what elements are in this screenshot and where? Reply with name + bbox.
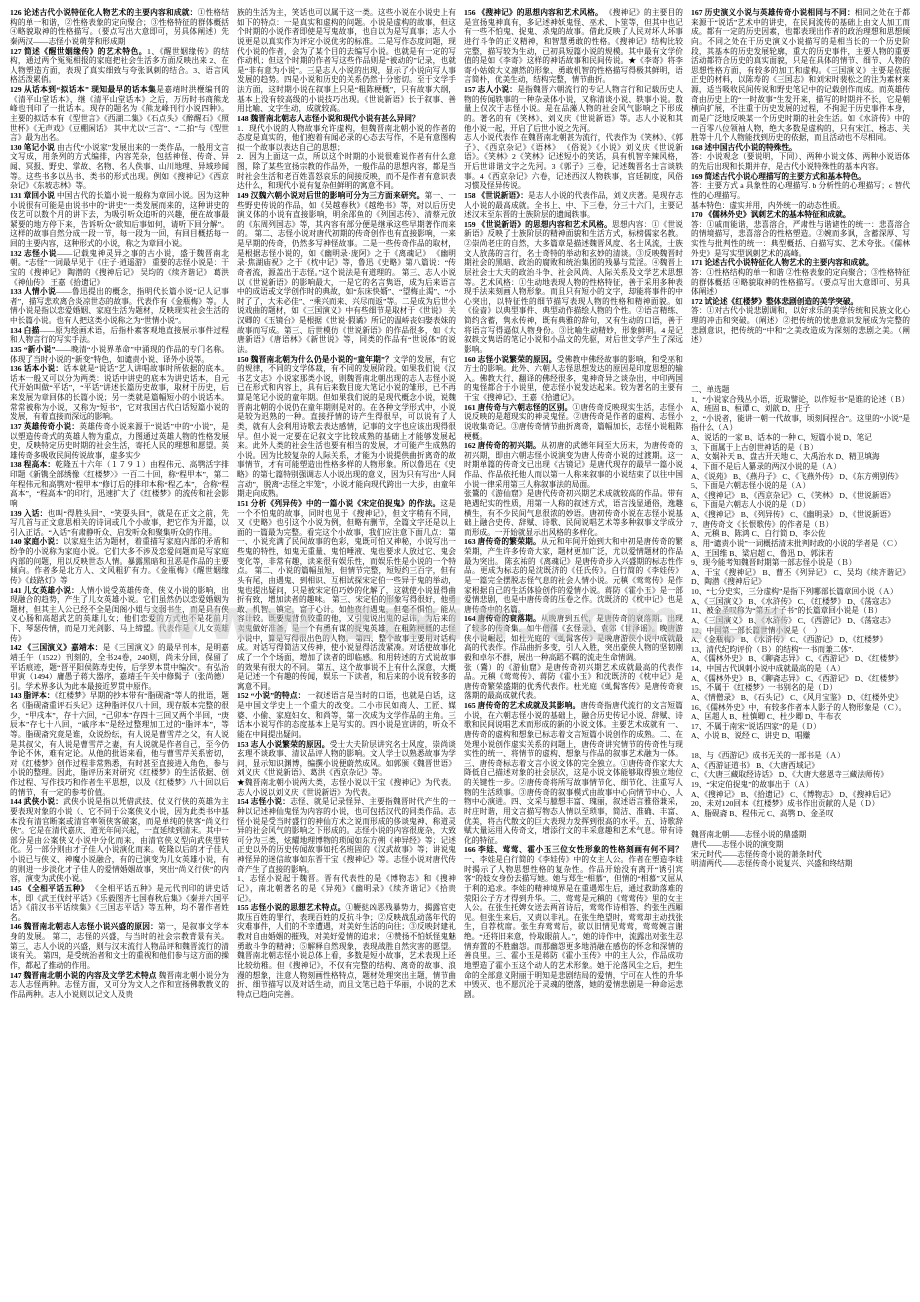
item-heading: 146 魏晋南北朝志人志怪小说兴盛的原因： — [10, 922, 158, 931]
item-heading: 144 武侠小说： — [10, 797, 63, 806]
text-block: 172 试论述《红楼梦》整体悲剧创造的美学突破。 — [691, 297, 910, 307]
text-block: 132 志怪小说——记载鬼神灵异之事的古小说，盛于魏晋南北朝。“志怪”一词最早见… — [10, 249, 229, 288]
text-block: 136 话本小说：话本就是“说话”艺人讲唱故事时所依据的底本。话本一般又可以分为… — [10, 364, 229, 422]
text-block: A、元稹 B、陈鸿 C、白行简 D、李公佐 — [691, 529, 910, 539]
text-block: 答：①对古代小说悲剧调和，以好求乐的美学传统和民族文化心理的冲击和突破。（阐述）… — [691, 306, 910, 345]
spacer — [691, 741, 910, 751]
text-block: 165 唐传奇的艺术成就及其影响。唐传奇指唐代流行的文言短篇小说，在六朝志怪小说… — [464, 701, 683, 845]
text-block: 3、下面属于上古创世神话的是（Ｂ） — [691, 443, 910, 453]
item-heading: 160 志怪小说繁荣的原因。 — [464, 355, 557, 364]
text-block: 4、下面不是后人纂录的两汉小说的是（Ａ） — [691, 462, 910, 472]
text-block: 134 白描——原为绘画术语，后指朴素客观地直接展示事件过程和人物言行的写实手法… — [10, 326, 229, 345]
text-block: 137 英雄传奇小说：英雄传奇小说来源于“说话”中的“小说”，是以塑造传奇式的英… — [10, 422, 229, 461]
text-block: A、《金瓶梅》 B、《水浒传》 C、《西游记》 D、《红楼梦》 — [691, 635, 910, 645]
text-block: 171 论述古代小说特征化人物艺术的主要内容和成就。 — [691, 258, 910, 268]
text-block: A、《搜神记》 B、《列异传》 C、《幽明录》 D、《世说新语》 — [691, 510, 910, 520]
item-heading: 157 志人小说： — [464, 85, 517, 94]
text-block: A、说话的一家 B、话本的一种 C、短篇小说 D、笔记 — [691, 433, 910, 443]
item-heading: 165 唐传奇的艺术成就及其影响。 — [464, 701, 580, 710]
text-block: 答：小说观念（要说明，下同）、两种小说文体、两种小说语体的先后出现和长期并存，是… — [691, 152, 910, 171]
text-block: 168 述中国古代小说的特殊性。 — [691, 143, 910, 153]
text-block: 160 志怪小说繁荣的原因。受佛教中佛经故事的影响，和受巫和方士的影响。此外、六… — [464, 355, 683, 403]
item-heading: 168 述中国古代小说的特殊性。 — [691, 143, 797, 152]
text-block: 14、中国古代讽刺小说中成就最高的是（Ａ） — [691, 664, 910, 674]
text-block: 170 《儒林外史》讽刺艺术的基本特征和成就。 — [691, 210, 910, 220]
text-block: 161 唐传奇与六朝志怪的区别。①唐传奇反映现实生活，志怪小说反映的是超现实的神… — [464, 403, 683, 442]
text-block: 答：①戚而能谐，悲喜溶合，严肃性与谐谑性的统一：悲喜溶合的情境描写，悲喜溶合的性… — [691, 220, 910, 259]
item-heading: 132 志怪小说 — [10, 249, 57, 258]
text-block: A、《情僧录》 B、《石头记》 C、《风月宝鉴》 D、《红楼外史》 — [691, 693, 910, 703]
text-block: 唐代——志怪小说的演变期 — [691, 840, 910, 850]
text-block: 1、“小说家合残丛小语，近取譬论，以作短书”是谁的论述（Ｂ） — [691, 395, 910, 405]
text-block: 13、清代纪昀评价（Ｂ）的结构“一书而兼二体”. — [691, 645, 910, 655]
item-heading: 155 志怪小说的思想艺术特点。 — [237, 903, 346, 912]
text-block: 159 《世说新语》的思想内容和艺术风格。思想内容：①《世说新语》反映了士族阶层… — [464, 220, 683, 355]
text-block: A、王国维 B、梁启超 C、鲁迅 D、郭沫若 — [691, 549, 910, 559]
item-heading: 152 “小说”的特点： — [237, 691, 305, 700]
text-block: A、《西游证道书》 B、《大唐西域记》 — [691, 761, 910, 771]
item-heading: 154 志怪小说： — [237, 797, 290, 806]
item-heading: 143 脂评本： — [10, 691, 55, 700]
text-block: 1．现代小说的人物故事允许虚构，但魏晋南北朝小说的作者的态度是真实的，他们抱着有… — [237, 124, 456, 153]
text-column: 126 论述古代小说特征化人物艺术的主要内容和成就：①性格结构的单一和谐，②性格… — [10, 8, 229, 1296]
text-block: 12、中国第一部长篇世情小说是（ ） — [691, 626, 910, 636]
item-heading: 150 魏晋南北朝为什么仍是小说的“童年期”？ — [237, 355, 393, 364]
text-column: 156 《搜神记》的思想内容和艺术风格。 《搜神记》的主要目的是宣扬鬼神真有，多… — [464, 8, 683, 1296]
spacer — [691, 818, 910, 830]
item-heading: 142 《三国演义》嘉靖本： — [10, 643, 103, 652]
text-block: A、《三国演义》 B、《水浒传》 C、《红楼梦》 D、《荡寇志》 — [691, 597, 910, 607]
item-heading: 166 李娃、莺莺、霍小玉三位女性形象的性格刻画有何不同？ — [464, 845, 683, 854]
text-block: 140 家庭小说：以家庭生活为题材，着重描写家庭内部的矛盾和纷争的小说称为家庭小… — [10, 537, 229, 585]
text-block: 张鷟的《游仙窟》是唐代传奇初兴期艺术成就较高的作品。带有艳遇纪实的性质，用第一人… — [464, 489, 683, 537]
item-heading: 138 程高本： — [10, 460, 55, 469]
item-heading: 162 唐传奇的初兴期。 — [464, 441, 541, 450]
text-block: 142 《三国演义》嘉靖本：是《三国演义》的最早刊本，是明嘉靖壬午（1522）刊… — [10, 643, 229, 691]
item-heading: 134 白描 — [10, 326, 40, 335]
text-block: 7、唐传奇文《长恨歌传》的作者是（Ｂ） — [691, 520, 910, 530]
text-block: 20、未对120回本《红楼梦》成书作出贡献的人是（Ｄ） — [691, 799, 910, 809]
text-block: 2．因为上面这一点，所以这个时期的小说很难说作者有什么意图，除了某些宣扬宗教的作… — [237, 152, 456, 191]
item-heading: 140 家庭小说： — [10, 537, 63, 546]
text-block: 17、不属于南宋“说话四家”的是（Ｄ） — [691, 722, 910, 732]
item-heading: 129 从话本到“拟话本” 现知最早的话本集 — [10, 85, 156, 94]
text-block: 162 唐传奇的初兴期。从初唐的武德年间至大历末，为唐传奇的初兴期，即由六朝志怪… — [464, 441, 683, 489]
item-heading: 170 《儒林外史》讽刺艺术的基本特征和成就。 — [691, 210, 851, 219]
text-block: 147 魏晋南北朝小说的内容及文学艺术特点 魏晋南北朝小说分为志人志怪两种。志怪… — [10, 971, 229, 1000]
item-heading: 137 英雄传奇小说： — [10, 422, 79, 431]
text-block: 151 分析《列异传》中的一篇小说《宋定伯捉鬼》的作法。这是一个不怕鬼的故事，同… — [237, 499, 456, 692]
document-page: www.zixin.com.cn 126 论述古代小说特征化人物艺术的主要内容和… — [0, 0, 920, 1302]
text-block: 138 程高本：乾隆五十六年（１７９１）由程伟元、高鹗活字排印题《新镌全部绣像〈… — [10, 460, 229, 508]
text-block: 11、被金圣叹称为“第五才子书”的长篇章回小说是（Ｂ） — [691, 606, 910, 616]
text-block: 8、用“谴责小说”一词概括清末批判时政的小说的学者是（Ｃ） — [691, 539, 910, 549]
item-heading: 161 唐传奇与六朝志怪的区别。 — [464, 403, 573, 412]
text-block: 130 笔记小说 由古代“小说家”发展出来的一类作品，一般用文言文写成，用条列的… — [10, 143, 229, 191]
text-block: 154 志怪小说：志怪、就是记录怪异、主要指魏晋时代产生的一种以记述神仙鬼怪为内… — [237, 797, 456, 874]
item-heading: 139 入话： — [10, 509, 48, 518]
text-block: 16、《儒林外史》中，有较多作者本人影子的人物形象是（Ｃ）。 — [691, 703, 910, 713]
text-block: 1、志怪小说起于魏晋。晋有代表性的是《博物志》和《搜神记》，南北朝著名的是《异苑… — [237, 874, 456, 903]
item-heading: 149 汉魏六朝小说对后世的影响可分为三方面来研究。 — [237, 191, 425, 200]
item-heading: 169 简述古代小说心理描写的主要方式和基本特色。 — [691, 172, 866, 181]
text-block: 志人小说代表作 在魏晋南北朝甚为流行，代表作为《笑林》、《郭子》、《西京杂记》《… — [464, 133, 683, 191]
text-block: 146 魏晋南北朝志人志怪小说兴盛的原因：第一，是叙事文学本身的发展。 第二，志… — [10, 922, 229, 970]
text-block: 139 入话：也叫“得胜头回”、“笑耍头回”，就是在正文之前，先写几首与正文意思… — [10, 509, 229, 538]
item-heading: 133 人情小说 — [10, 287, 56, 296]
text-block: 二、单选题 — [691, 385, 910, 395]
item-heading: 172 试论述《红楼梦》整体悲剧创造的美学突破。 — [691, 297, 858, 306]
text-block: 张（鷟）的《游仙窟》是唐传奇初兴期艺术成就最高的代表作品。元稹《莺莺传》、蒋防《… — [464, 663, 683, 702]
text-block: 126 论述古代小说特征化人物艺术的主要内容和成就：①性格结构的单一和谐，②性格… — [10, 8, 229, 47]
text-block: 9、现今能考知魏晋时期第一部志怪小说是（Ｂ） — [691, 558, 910, 568]
text-block: 163 唐传奇的繁荣期。从元和年间开始到大和中初是唐传奇的繁荣期，产生许多传奇大… — [464, 537, 683, 614]
text-block: 明清两代——志怪传奇小说复兴、兴盛和终结期 — [691, 859, 910, 869]
item-heading: 159 《世说新语》的思想内容和艺术风格。 — [464, 220, 612, 229]
item-heading: 147 魏晋南北朝小说的内容及文学艺术特点 — [10, 971, 157, 980]
item-heading: 163 唐传奇的繁荣期。 — [464, 537, 541, 546]
text-block: A、脂砚斋 B、程伟元 C、高鹗 D、金圣叹 — [691, 809, 910, 819]
item-heading: 127 简述《醒世姻缘传》的艺术特色。 — [10, 47, 147, 56]
text-block: 魏晋南北朝——志怪小说的鼎盛期 — [691, 830, 910, 840]
text-block: A、小说 B、说经 C、讲史 D、唱赚 — [691, 731, 910, 741]
text-block: 133 人情小说——鲁迅提出的概念，指明代长篇小说“记人记事者”，描写悲欢离合炎… — [10, 287, 229, 326]
item-heading: 148 魏晋南北朝志人志怪小说和现代小说有甚么异同？ — [237, 114, 420, 123]
text-block: 166 李娃、莺莺、霍小玉三位女性形象的性格刻画有何不同？ 一、李娃是白行简的《… — [464, 845, 683, 999]
item-heading: 167 历史演义小说与英雄传奇小说相同与不同： — [691, 8, 855, 17]
text-block: 141 儿女英雄小说：人情小说受英雄传奇、侠义小说的影响，出现融合的趋势，产生了… — [10, 586, 229, 644]
text-block: A、班固 B、桓谭 C、刘歆 D、庄子 — [691, 404, 910, 414]
text-block: 167 历史演义小说与英雄传奇小说相同与不同：相同之处在于都来源于“说话”艺术中… — [691, 8, 910, 143]
text-block: A、女娲补天 B、盘古开天地 C、大禹治水 D、精卫填海 — [691, 452, 910, 462]
text-block: 169 简述古代小说心理描写的主要方式和基本特色。 — [691, 172, 910, 182]
item-heading: 130 笔记小说 — [10, 143, 55, 152]
text-block: 15、不属于《红楼梦》一书别名的是（Ｄ） — [691, 683, 910, 693]
item-heading: 153 志人小说繁荣的原因。 — [237, 740, 330, 749]
text-block: 135 “新小说”——晚清“小说界革命”中涌现的作品的专门名称。体现了当时小说的… — [10, 345, 229, 364]
item-heading: 141 儿女英雄小说： — [10, 586, 79, 595]
text-block: 158 《世说新语》：是志人小说的代表作品，刘义庆著。是现存志人小说的最高成就。… — [464, 191, 683, 220]
text-block: 6、下面是六朝志人小说的是（Ｄ） — [691, 500, 910, 510]
text-block: 144 武侠小说：武侠小说是指以凭借武技、仗义行侠的英雄为主要表现对象的小说（、… — [10, 797, 229, 884]
item-heading: 164 唐传奇的衰落期。 — [464, 614, 541, 623]
text-block: 129 从话本到“拟话本” 现知最早的话本集是嘉靖时洪楩编刊的《清平山堂话本》，… — [10, 85, 229, 143]
item-heading: 158 《世说新语》： — [464, 191, 528, 200]
item-heading: 151 分析《列异传》中的一篇小说《宋定伯捉鬼》的作法。 — [237, 499, 440, 508]
text-columns: 126 论述古代小说特征化人物艺术的主要内容和成就：①性格结构的单一和谐，②性格… — [10, 8, 910, 1296]
text-block: 164 唐传奇的衰落期。从晚唐到五代，是唐传奇的衰落期。出现了较多的传奇集。如牛… — [464, 614, 683, 662]
text-block: 131 章回小说 中国古代的长篇小说一般称为章回小说。因为这种小说很有可能是由说… — [10, 191, 229, 249]
text-block: 153 志人小说繁荣的原因。受士大夫阶层讲究名士风度，崇尚谈玄理不谈政事、清议品… — [237, 740, 456, 779]
text-block: 族的生活为主，笑话也可以属于这一类。这些小说在小说史上有如下的特点：一是真实和虚… — [237, 8, 456, 114]
text-column: 族的生活为主，笑话也可以属于这一类。这些小说在小说史上有如下的特点：一是真实和虚… — [237, 8, 456, 1296]
spacer — [691, 345, 910, 385]
text-block: 148 魏晋南北朝志人志怪小说和现代小说有甚么异同？ — [237, 114, 456, 124]
item-heading: 136 话本小说： — [10, 364, 63, 373]
item-heading: 131 章回小说 — [10, 191, 55, 200]
text-block: 149 汉魏六朝小说对后世的影响可分为三方面来研究。第一、一些野史传说的作品，如… — [237, 191, 456, 355]
text-block: A、《儒林外史》 B、《聊斋志异》 C、《西游记》 D、《红楼梦》 — [691, 674, 910, 684]
text-block: 143 脂评本：《红楼梦》早期的抄本带有“脂砚斋”等人的批语，题名《脂砚斋重评石… — [10, 691, 229, 797]
text-block: 152 “小说”的特点： 一叙述语言是当时的口语，也就是白话，这是中国文学史上一… — [237, 691, 456, 739]
text-block: 150 魏晋南北朝为什么仍是小说的“童年期”？文学的发展，有它的规律，不同的文学… — [237, 355, 456, 499]
text-block: C、《大唐三藏取经诗话》 D、《大唐大慈恩寺三藏法师传》 — [691, 770, 910, 780]
text-block: ★魏晋南北朝小说两大类，志怪小说以干宝《搜神记》为代表。志人小说以刘义庆《世说新… — [237, 778, 456, 797]
text-block: 答：主要方式 a 具象性的心理描写. b 分析性的心理描写；c 替代性的心理描写… — [691, 181, 910, 200]
text-block: 18、与《西游记》成书无关的一部书是（Ａ） — [691, 751, 910, 761]
text-block: 10、“七分史实，三分虚构”是指下列哪部长篇章回小说（Ａ） — [691, 587, 910, 597]
text-block: 155 志怪小说的思想艺术特点。①鞭挞凶恶残暴势力，揭露官吏欺压百姓的罪行，表现… — [237, 903, 456, 999]
text-block: A、《三国演义》 B、《水浒传》 C、《西游记》 D、《荡寇志》 — [691, 616, 910, 626]
text-block: 宋元时代——志怪传奇小说的萧条时代 — [691, 850, 910, 860]
text-block: 157 志人小说：是指魏晋六朝流行的专记人物言行和记载历史人物的传闻轶事的一种杂… — [464, 85, 683, 133]
item-heading: 156 《搜神记》的思想内容和艺术风格。 — [464, 8, 603, 17]
text-block: 5、下面是六朝志怪小说的是（Ａ） — [691, 481, 910, 491]
text-block: A、《说苑》 B、《燕丹子》 C、《飞燕外传》 D、《东方朔别传》 — [691, 472, 910, 482]
text-block: A、《儒林外史》 B、《聊斋志异》 C、《西游记》 D、《红楼梦》 — [691, 654, 910, 664]
text-block: 156 《搜神记》的思想内容和艺术风格。 《搜神记》的主要目的是宣扬鬼神真有，多… — [464, 8, 683, 85]
text-block: A、匡超人 B、杜慎卿 C、杜少卿 D、牛布衣 — [691, 712, 910, 722]
text-block: A、《搜神记》 B、《西京杂记》 C、《笑林》 D、《世说新语》 — [691, 491, 910, 501]
item-heading: 126 论述古代小说特征化人物艺术的主要内容和成就： — [10, 8, 198, 17]
item-heading: 171 论述古代小说特征化人物艺术的主要内容和成就。 — [691, 258, 874, 267]
text-block: 127 简述《醒世姻缘传》的艺术特色。1、《醒世姻缘传》的结构，通过两个冤冤相报… — [10, 47, 229, 86]
item-heading: 145 《全相平话五种》 — [10, 884, 89, 893]
text-column: 167 历史演义小说与英雄传奇小说相同与不同：相同之处在于都来源于“说话”艺术中… — [691, 8, 910, 1296]
text-block: 答：①性格结构的单一和谐 ②性格表象的定向聚合；③性格特征的群体概括 ④略貌取神… — [691, 268, 910, 297]
text-block: A、干宝《搜神记》 B、曹丕《列异记》 C、吴均《续齐谐记》 D、陶潜《搜神后记… — [691, 568, 910, 587]
text-block: 2、“小说者，能讲一朝一代故事，顷刻间捏合”。这里的“小说”是指什么（Ａ） — [691, 414, 910, 433]
text-block: 19、“宋定伯捉鬼”的故事出于（Ａ） — [691, 780, 910, 790]
text-block: 基本特色：虚实并用，内外统一的动态性质。 — [691, 201, 910, 211]
text-block: A、《搜神记》 B、《拾遗记》 C、《博物志》 D、《搜神后记》 — [691, 790, 910, 800]
item-heading: 135 “新小说” — [10, 345, 55, 354]
text-block: 145 《全相平话五种》 《全相平话五种》是元代刊印的讲史话本，即《武王伐纣平话… — [10, 884, 229, 923]
